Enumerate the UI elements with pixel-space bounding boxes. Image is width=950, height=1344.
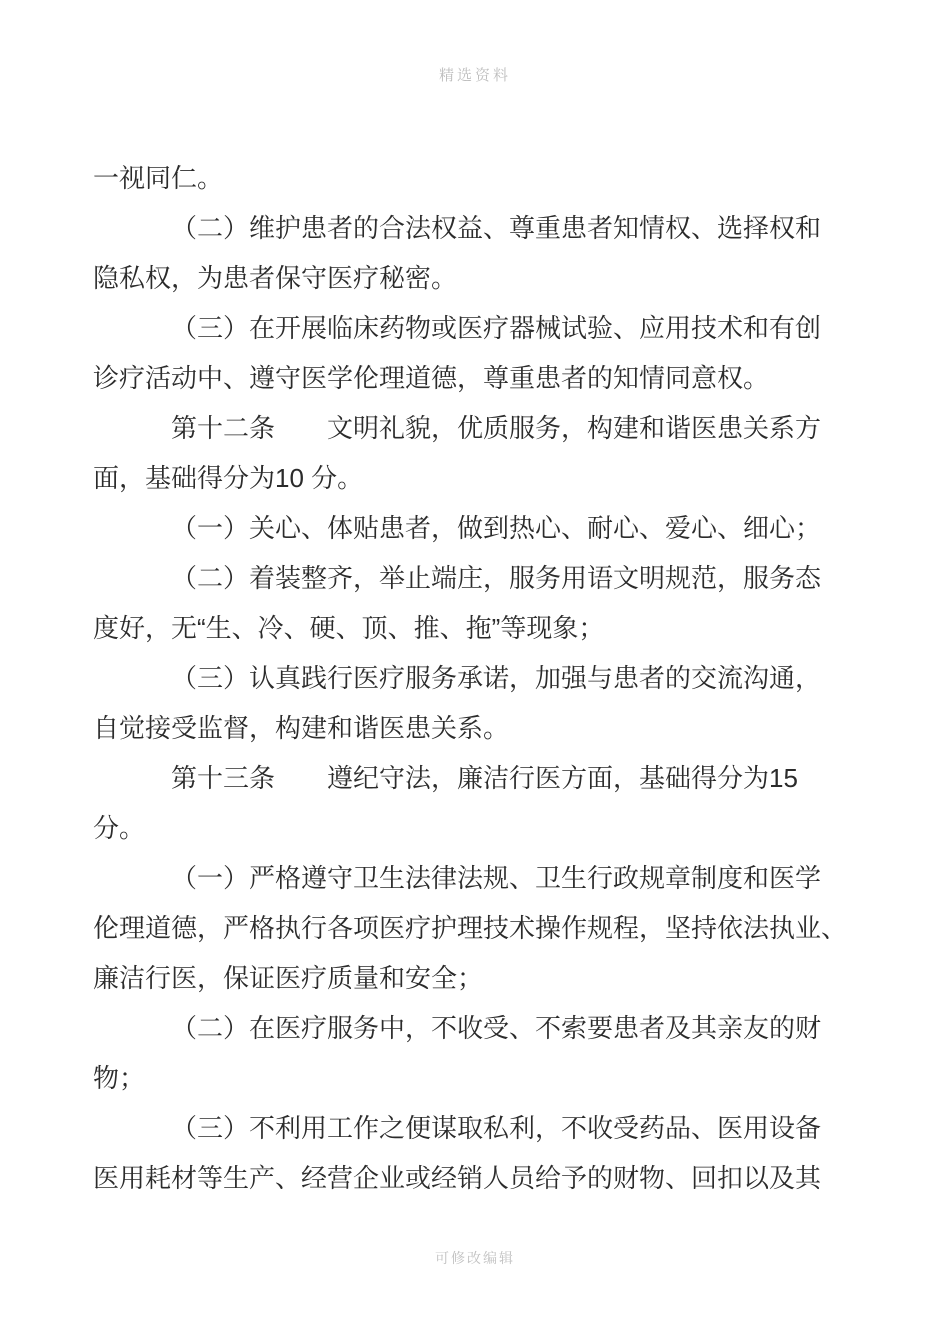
text-line: （一）关心、体贴患者，做到热心、耐心、爱心、细心； bbox=[93, 503, 883, 553]
text-line: （二）着装整齐，举止端庄，服务用语文明规范，服务态 bbox=[93, 553, 883, 603]
header-watermark: 精选资料 bbox=[0, 64, 950, 85]
text-line: 医用耗材等生产、经营企业或经销人员给予的财物、回扣以及其 bbox=[93, 1153, 883, 1203]
text-line: （三）在开展临床药物或医疗器械试验、应用技术和有创 bbox=[93, 303, 883, 353]
text-line: 自觉接受监督，构建和谐医患关系。 bbox=[93, 703, 883, 753]
text-line: （二）在医疗服务中，不收受、不索要患者及其亲友的财 bbox=[93, 1003, 883, 1053]
text-line: 分。 bbox=[93, 803, 883, 853]
text-line: （一）严格遵守卫生法律法规、卫生行政规章制度和医学 bbox=[93, 853, 883, 903]
text-line: （三）认真践行医疗服务承诺，加强与患者的交流沟通， bbox=[93, 653, 883, 703]
text-line: 面，基础得分为10 分。 bbox=[93, 453, 883, 503]
text-line: （三）不利用工作之便谋取私利，不收受药品、医用设备 bbox=[93, 1103, 883, 1153]
text-line: （二）维护患者的合法权益、尊重患者知情权、选择权和 bbox=[93, 203, 883, 253]
footer-watermark: 可修改编辑 bbox=[0, 1248, 950, 1268]
text-line: 隐私权，为患者保守医疗秘密。 bbox=[93, 253, 883, 303]
document-page: 精选资料 一视同仁。（二）维护患者的合法权益、尊重患者知情权、选择权和隐私权，为… bbox=[0, 0, 950, 1344]
document-body: 一视同仁。（二）维护患者的合法权益、尊重患者知情权、选择权和隐私权，为患者保守医… bbox=[93, 153, 883, 1203]
text-line: 伦理道德，严格执行各项医疗护理技术操作规程，坚持依法执业、 bbox=[93, 903, 883, 953]
text-line: 廉洁行医，保证医疗质量和安全； bbox=[93, 953, 883, 1003]
text-line: 诊疗活动中、遵守医学伦理道德，尊重患者的知情同意权。 bbox=[93, 353, 883, 403]
text-line: 第十三条 遵纪守法，廉洁行医方面，基础得分为15 bbox=[93, 753, 883, 803]
text-line: 一视同仁。 bbox=[93, 153, 883, 203]
text-line: 物； bbox=[93, 1053, 883, 1103]
text-line: 度好，无“生、冷、硬、顶、推、拖”等现象； bbox=[93, 603, 883, 653]
text-line: 第十二条 文明礼貌，优质服务，构建和谐医患关系方 bbox=[93, 403, 883, 453]
